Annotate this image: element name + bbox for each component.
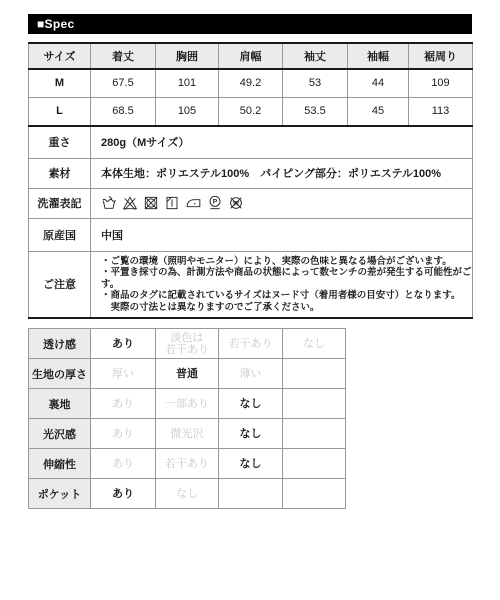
measurement-cell: 109 (409, 69, 473, 97)
col-header-length: 着丈 (91, 43, 156, 69)
size-label: M (29, 69, 91, 97)
do-not-wet-clean-icon: W (228, 195, 244, 211)
feature-label: 伸縮性 (29, 449, 91, 479)
measurement-cell: 101 (156, 69, 219, 97)
measurement-cell: 44 (348, 69, 409, 97)
measurement-cell: 67.5 (91, 69, 156, 97)
dry-clean-P-gentle-icon: P (207, 195, 223, 211)
col-header-sleeve-width: 袖幅 (348, 43, 409, 69)
weight-value: 280g（Mサイズ） (91, 126, 473, 158)
material-label: 素材 (29, 158, 91, 188)
material-value: 本体生地：ポリエステル100% パイピング部分：ポリエステル100% (91, 158, 473, 188)
measurement-cell: 45 (348, 97, 409, 126)
svg-text:P: P (213, 199, 218, 206)
feature-table: 透け感 あり 淡色は 若干あり 若干あり なし 生地の厚さ 厚い 普通 薄い 裏… (28, 328, 346, 509)
feature-option: 普通 (156, 359, 219, 389)
origin-row: 原産国 中国 (29, 218, 473, 251)
size-label: L (29, 97, 91, 126)
feature-option: あり (91, 389, 156, 419)
care-label: 洗濯表記 (29, 188, 91, 218)
feature-row-sheerness: 透け感 あり 淡色は 若干あり 若干あり なし (29, 329, 346, 359)
feature-option: あり (91, 329, 156, 359)
col-header-sleeve-length: 袖丈 (283, 43, 348, 69)
col-header-hem: 裾周り (409, 43, 473, 69)
do-not-bleach-icon (122, 195, 138, 211)
feature-option: なし (219, 419, 283, 449)
note-line: ・ご覧の環境（照明やモニター）により、実際の色味と異なる場合がございます。 (101, 256, 466, 268)
feature-option: 薄い (219, 359, 283, 389)
feature-option: 淡色は 若干あり (156, 329, 219, 359)
feature-label: 生地の厚さ (29, 359, 91, 389)
feature-label: 透け感 (29, 329, 91, 359)
feature-label: 裏地 (29, 389, 91, 419)
col-header-shoulder: 肩幅 (219, 43, 283, 69)
feature-row-lining: 裏地 あり 一部あり なし (29, 389, 346, 419)
feature-option: 若干あり (156, 449, 219, 479)
measurement-cell: 50.2 (219, 97, 283, 126)
hand-wash-icon (101, 195, 117, 211)
col-header-size: サイズ (29, 43, 91, 69)
feature-row-stretch: 伸縮性 あり 若干あり なし (29, 449, 346, 479)
feature-option: 一部あり (156, 389, 219, 419)
note-line: ・平置き採寸の為、計測方法や商品の状態によって数センチの差が発生する可能性がござ… (101, 267, 466, 279)
feature-option: なし (283, 329, 346, 359)
line-dry-in-shade-icon (164, 195, 180, 211)
measurement-cell: 53 (283, 69, 348, 97)
spec-section-title: ■Spec (37, 17, 74, 31)
feature-option: あり (91, 449, 156, 479)
care-row: 洗濯表記 (29, 188, 473, 218)
feature-option (283, 359, 346, 389)
measurement-cell: 113 (409, 97, 473, 126)
size-row-m: M 67.5 101 49.2 53 44 109 (29, 69, 473, 97)
measurement-cell: 105 (156, 97, 219, 126)
feature-label: 光沢感 (29, 419, 91, 449)
feature-option: なし (219, 389, 283, 419)
feature-option (283, 449, 346, 479)
size-table-header-row: サイズ 着丈 胸囲 肩幅 袖丈 袖幅 裾周り (29, 43, 473, 69)
feature-option: あり (91, 419, 156, 449)
feature-row-pocket: ポケット あり なし (29, 479, 346, 509)
size-row-l: L 68.5 105 50.2 53.5 45 113 (29, 97, 473, 126)
spec-section-header: ■Spec (28, 14, 472, 34)
size-table: サイズ 着丈 胸囲 肩幅 袖丈 袖幅 裾周り M 67.5 101 49.2 5… (28, 42, 473, 319)
feature-option: あり (91, 479, 156, 509)
measurement-cell: 49.2 (219, 69, 283, 97)
weight-label: 重さ (29, 126, 91, 158)
feature-option: 若干あり (219, 329, 283, 359)
note-line: 実際の寸法とは異なりますのでご了承ください。 (101, 302, 466, 314)
feature-option (283, 419, 346, 449)
iron-low-icon (185, 195, 202, 211)
material-row: 素材 本体生地：ポリエステル100% パイピング部分：ポリエステル100% (29, 158, 473, 188)
feature-row-thickness: 生地の厚さ 厚い 普通 薄い (29, 359, 346, 389)
feature-label: ポケット (29, 479, 91, 509)
feature-option: 微光沢 (156, 419, 219, 449)
weight-row: 重さ 280g（Mサイズ） (29, 126, 473, 158)
note-line: ・商品のタグに記載されているサイズはヌード寸（着用者様の目安寸）となります。 (101, 290, 466, 302)
do-not-tumble-dry-icon (143, 195, 159, 211)
notes-label: ご注意 (29, 251, 91, 318)
col-header-chest: 胸囲 (156, 43, 219, 69)
feature-row-gloss: 光沢感 あり 微光沢 なし (29, 419, 346, 449)
origin-value: 中国 (91, 218, 473, 251)
origin-label: 原産国 (29, 218, 91, 251)
measurement-cell: 53.5 (283, 97, 348, 126)
feature-option: なし (156, 479, 219, 509)
note-line: す。 (101, 279, 466, 291)
feature-option (219, 479, 283, 509)
feature-option: 厚い (91, 359, 156, 389)
spec-section: ■Spec サイズ 着丈 胸囲 肩幅 袖丈 袖幅 裾周り M 67.5 101 … (28, 14, 472, 509)
feature-option: なし (219, 449, 283, 479)
measurement-cell: 68.5 (91, 97, 156, 126)
notes-row: ご注意 ・ご覧の環境（照明やモニター）により、実際の色味と異なる場合がございます… (29, 251, 473, 318)
feature-option (283, 389, 346, 419)
feature-option (283, 479, 346, 509)
care-symbols: P W (91, 195, 472, 211)
